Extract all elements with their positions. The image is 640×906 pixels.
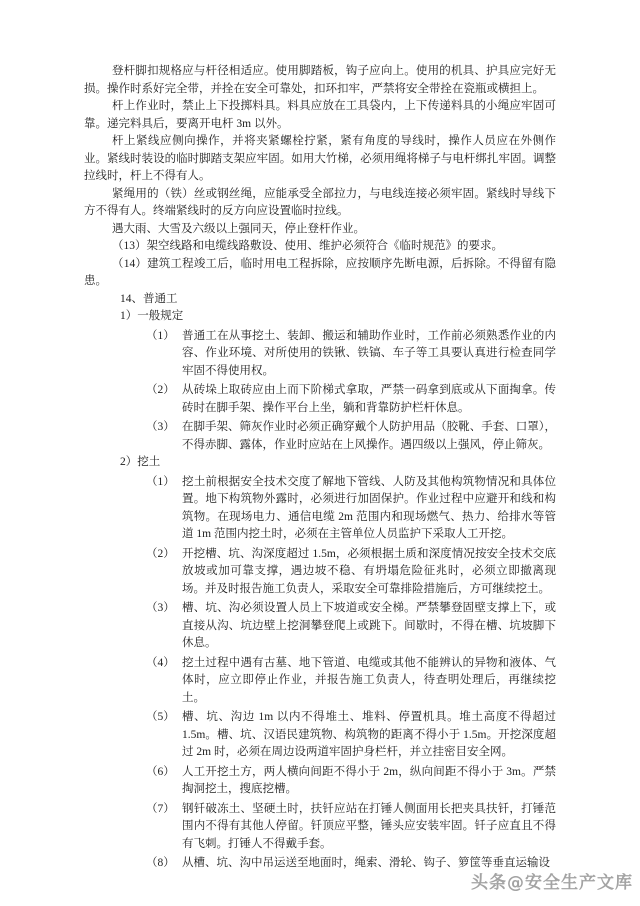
paragraph: （13）架空线路和电缆线路敷设、使用、维护必须符合《临时规范》的要求。 [84,238,556,256]
list-item: （2） 从砖垛上取砖应由上而下阶梯式拿取，严禁一码拿到底或从下面掏拿。传砖时在脚… [146,382,556,417]
paragraph: 杆上作业时，禁止上下投掷料具。料具应放在工具袋内，上下传递料具的小绳应牢固可靠。… [84,98,556,133]
list-item: （3） 在脚手架、筛灰作业时必须正确穿戴个人防护用品（胶靴、手套、口罩），不得赤… [146,419,556,454]
paragraph: 紧绳用的（铁）丝或钢丝绳，应能承受全部拉力，与电线连接必须牢固。紧线时导线下方不… [84,186,556,221]
item-number: （1） [146,474,182,544]
list-item: （1） 普通工在从事挖土、装卸、搬运和辅助作业时，工作前必须熟悉作业的内容、作业… [146,328,556,381]
list-item: （1） 挖土前根据安全技术交度了解地下管线、人防及其他构筑物情况和具体位置。地下… [146,474,556,544]
item-number: （4） [146,655,182,708]
list-item: （6） 人工开挖土方，两人横向间距不得小于 2m，纵向间距不得小于 3m。严禁掏… [146,764,556,799]
item-number: （5） [146,709,182,762]
item-text: 开挖槽、坑、沟深度超过 1.5m，必须根据土质和深度情况按安全技术交底放坡或加可… [182,546,556,599]
item-number: （3） [146,600,182,653]
item-number: （2） [146,546,182,599]
item-text: 普通工在从事挖土、装卸、搬运和辅助作业时，工作前必须熟悉作业的内容、作业环境、对… [182,328,556,381]
item-number: （8） [146,855,182,873]
document-page: 登杆脚扣规格应与杆径相适应。使用脚踏板，钩子应向上。使用的机具、护具应完好无损。… [0,0,640,906]
item-text: 人工开挖土方，两人横向间距不得小于 2m，纵向间距不得小于 3m。严禁掏洞挖土，… [182,764,556,799]
document-content: 登杆脚扣规格应与杆径相适应。使用脚踏板，钩子应向上。使用的机具、护具应完好无损。… [0,0,640,873]
list-item: （5） 槽、坑、沟边 1m 以内不得堆土、堆料、停置机具。堆土高度不得超过 1.… [146,709,556,762]
watermark: 头条@安全生产文库 [471,868,633,893]
digging-rules-list: （1） 挖土前根据安全技术交度了解地下管线、人防及其他构筑物情况和具体位置。地下… [84,474,556,873]
item-number: （3） [146,419,182,454]
item-number: （2） [146,382,182,417]
item-text: 在脚手架、筛灰作业时必须正确穿戴个人防护用品（胶靴、手套、口罩），不得赤脚、露体… [182,419,556,454]
item-number: （1） [146,328,182,381]
subsection-heading-digging: 2）挖土 [84,454,556,472]
item-number: （7） [146,801,182,854]
item-text: 钢钎破冻土、坚硬土时，扶钎应站在打锤人侧面用长把夹具扶钎，打锤范围内不得有其他人… [182,801,556,854]
section-heading: 14、普通工 [84,291,556,309]
list-item: （3） 槽、坑、沟必须设置人员上下坡道或安全梯。严禁攀登固壁支撑上下，或直接从沟… [146,600,556,653]
paragraph: 杆上紧线应侧向操作，并将夹紧螺栓拧紧，紧有角度的导线时，操作人员应在外侧作业。紧… [84,133,556,186]
subsection-heading-general-rules: 1）一般规定 [84,308,556,326]
paragraph: （14）建筑工程竣工后，临时用电工程拆除，应按顺序先断电源，后拆除。不得留有隐患… [84,256,556,291]
item-text: 槽、坑、沟必须设置人员上下坡道或安全梯。严禁攀登固壁支撑上下，或直接从沟、坑边壁… [182,600,556,653]
list-item: （7） 钢钎破冻土、坚硬土时，扶钎应站在打锤人侧面用长把夹具扶钎，打锤范围内不得… [146,801,556,854]
item-text: 从砖垛上取砖应由上而下阶梯式拿取，严禁一码拿到底或从下面掏拿。传砖时在脚手架、操… [182,382,556,417]
general-rules-list: （1） 普通工在从事挖土、装卸、搬运和辅助作业时，工作前必须熟悉作业的内容、作业… [84,328,556,455]
item-number: （6） [146,764,182,799]
paragraph: 遇大雨、大雪及六级以上强同天，停止登杆作业。 [84,221,556,239]
list-item: （4） 挖土过程中遇有古墓、地下管道、电缆或其他不能辨认的异物和液体、气体时，应… [146,655,556,708]
item-text: 挖土过程中遇有古墓、地下管道、电缆或其他不能辨认的异物和液体、气体时，应立即停止… [182,655,556,708]
item-text: 挖土前根据安全技术交度了解地下管线、人防及其他构筑物情况和具体位置。地下构筑物外… [182,474,556,544]
list-item: （2） 开挖槽、坑、沟深度超过 1.5m，必须根据土质和深度情况按安全技术交底放… [146,546,556,599]
item-text: 槽、坑、沟边 1m 以内不得堆土、堆料、停置机具。堆土高度不得超过 1.5m。槽… [182,709,556,762]
paragraph: 登杆脚扣规格应与杆径相适应。使用脚踏板，钩子应向上。使用的机具、护具应完好无损。… [84,63,556,98]
